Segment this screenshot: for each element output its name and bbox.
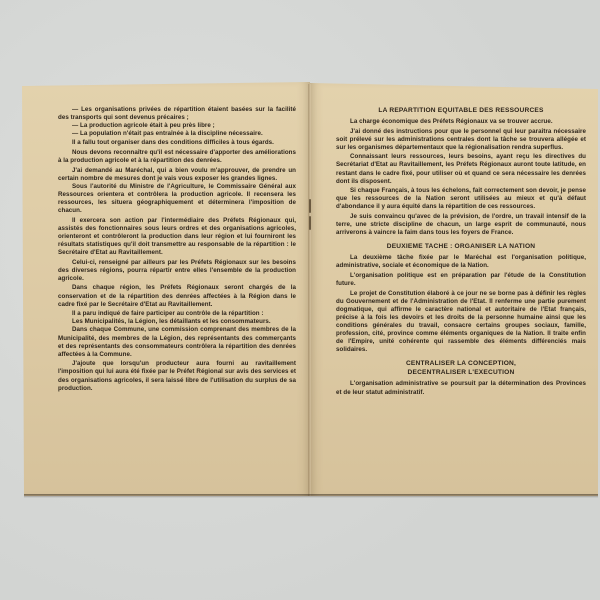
section-heading: LA REPARTITION EQUITABLE DES RESSOURCES [336, 107, 586, 114]
paragraph: J'ajoute que lorsqu'un producteur aura f… [58, 360, 296, 392]
paragraph: Il a paru indiqué de faire participer au… [58, 310, 296, 318]
open-booklet: — Les organisations privées de répartiti… [0, 0, 600, 600]
paragraph: Le projet de Constitution élaboré à ce j… [336, 290, 586, 355]
paragraph: L'organisation politique est en préparat… [336, 272, 586, 288]
paragraph: Il exercera son action par l'intermédiai… [58, 217, 296, 257]
staple [309, 216, 311, 230]
paragraph: Si chaque Français, à tous les échelons,… [336, 187, 586, 211]
paragraph: La charge économique des Préfets Régiona… [336, 118, 586, 126]
right-page: LA REPARTITION EQUITABLE DES RESSOURCES … [310, 83, 598, 496]
paragraph: — Les organisations privées de répartiti… [58, 106, 296, 122]
paragraph: Nous devons reconnaître qu'il est nécess… [58, 149, 296, 165]
paragraph: Il a fallu tout organiser dans des condi… [58, 139, 296, 147]
paragraph: Celui-ci, renseigné par ailleurs par les… [58, 259, 296, 283]
paragraph: Dans chaque région, les Préfets Régionau… [58, 284, 296, 308]
paragraph: Je suis convaincu qu'avec de la prévisio… [336, 213, 586, 237]
paragraph: — La population n'était pas entraînée à … [58, 130, 296, 138]
paragraph: J'ai demandé au Maréchal, qui a bien vou… [58, 167, 296, 183]
left-page: — Les organisations privées de répartiti… [22, 82, 310, 496]
paragraph: — La production agricole était à peu prè… [58, 122, 296, 130]
paragraph: Dans chaque Commune, une commission comp… [58, 326, 296, 358]
paragraph: L'organisation administrative se poursui… [336, 380, 586, 396]
paragraph: Sous l'autorité du Ministre de l'Agricul… [58, 183, 296, 215]
paragraph: Connaissant leurs ressources, leurs beso… [336, 153, 586, 185]
booklet-spine [308, 84, 311, 496]
staple [309, 199, 311, 213]
paragraph: La deuxième tâche fixée par le Maréchal … [336, 254, 586, 270]
section-heading: DECENTRALISER L'EXECUTION [336, 369, 586, 376]
page-shadow [24, 494, 598, 498]
section-heading: CENTRALISER LA CONCEPTION, [336, 360, 586, 367]
section-heading: DEUXIEME TACHE : ORGANISER LA NATION [336, 243, 586, 250]
paragraph: Les Municipalités, la Légion, les détail… [58, 318, 296, 326]
paragraph: J'ai donné des instructions pour que le … [336, 128, 586, 152]
